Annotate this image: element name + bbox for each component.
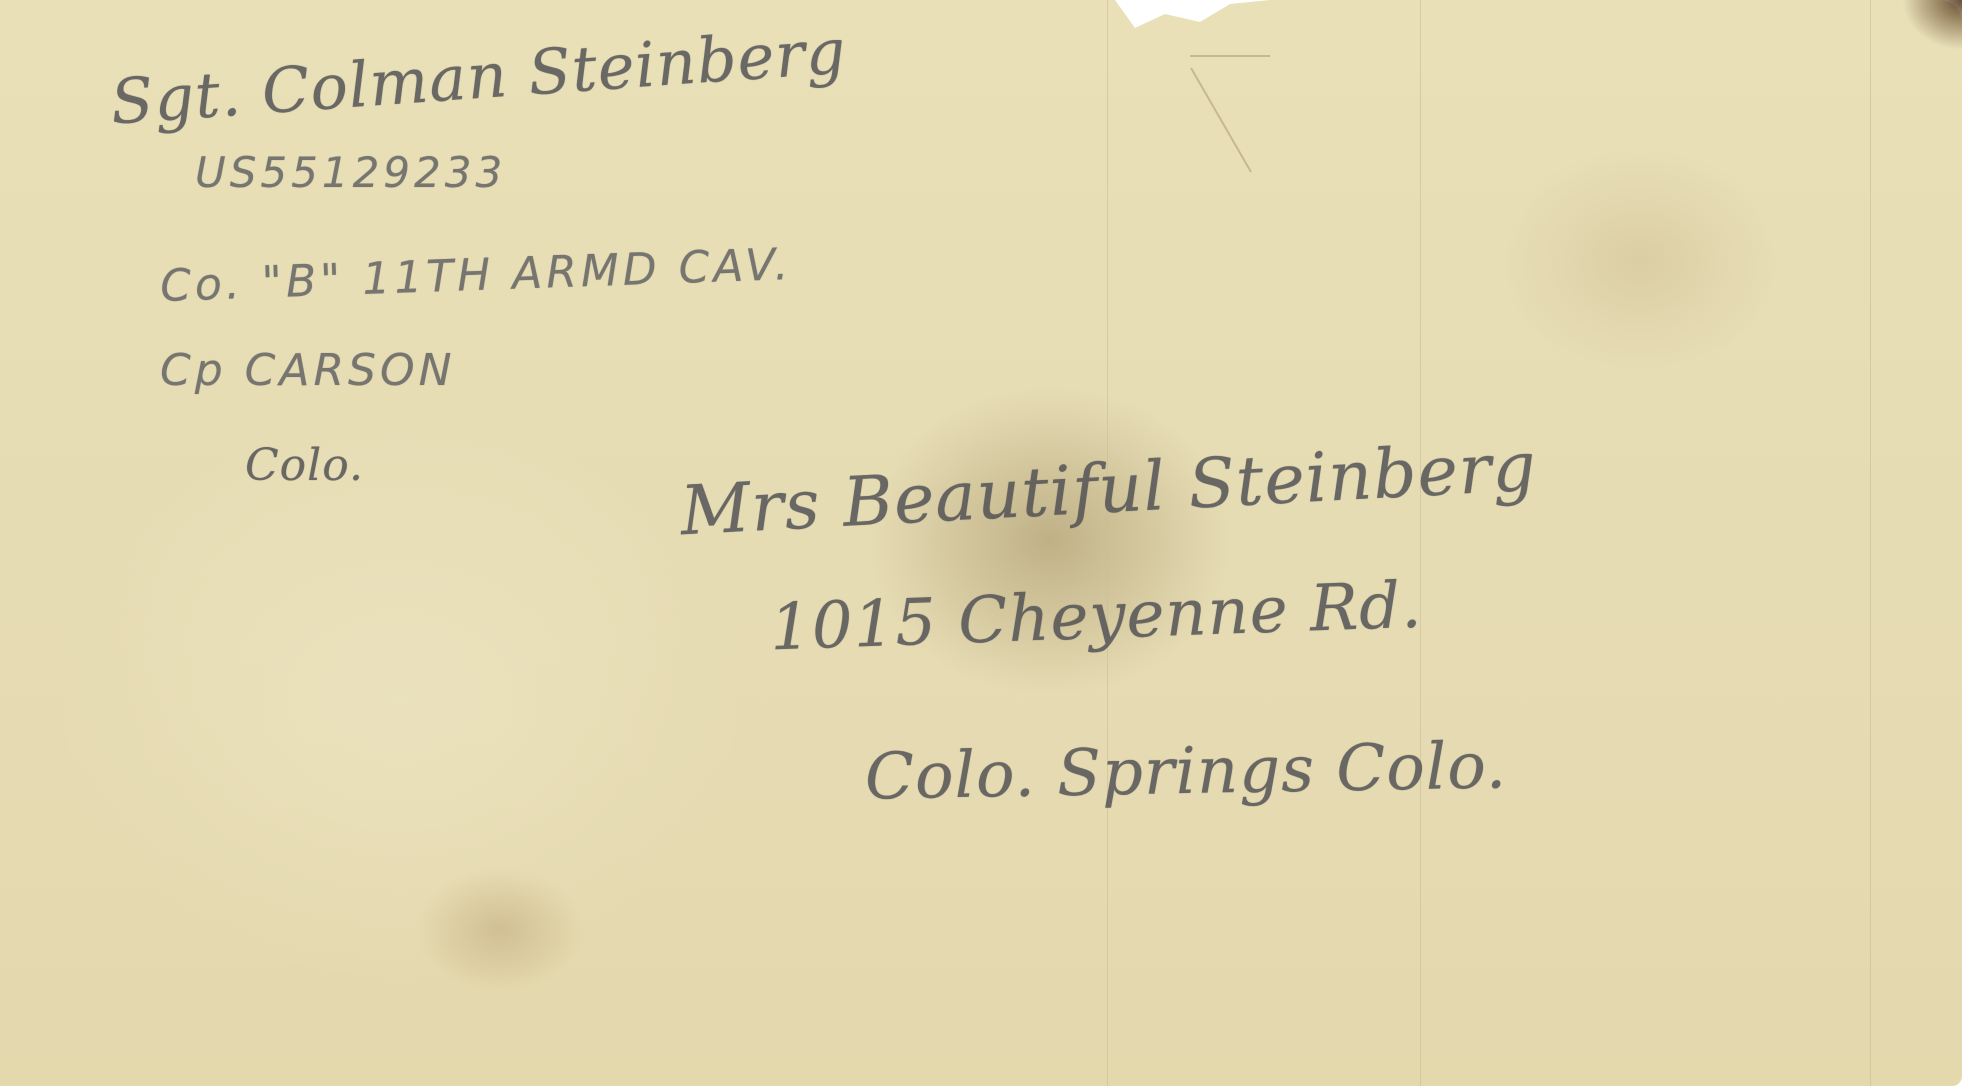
sender-name: Sgt. Colman Steinberg (108, 14, 848, 138)
fold-line (1107, 0, 1108, 1086)
fold-line (1870, 0, 1871, 1086)
corner-stain (1902, 0, 1962, 50)
torn-crease (1190, 68, 1252, 173)
sender-state: Colo. (245, 440, 364, 491)
fold-line (1420, 0, 1421, 1086)
unit: Co. "B" 11TH ARMD CAV. (159, 239, 793, 312)
service-number: US55129233 (195, 148, 506, 197)
recipient-street: 1015 Cheyenne Rd. (769, 569, 1424, 666)
torn-crease (1190, 55, 1270, 57)
envelope: Sgt. Colman Steinberg US55129233 Co. "B"… (0, 0, 1962, 1086)
recipient-name: Mrs Beautiful Steinberg (679, 428, 1539, 552)
recipient-city: Colo. Springs Colo. (864, 729, 1507, 814)
post: Cp CARSON (160, 345, 456, 396)
